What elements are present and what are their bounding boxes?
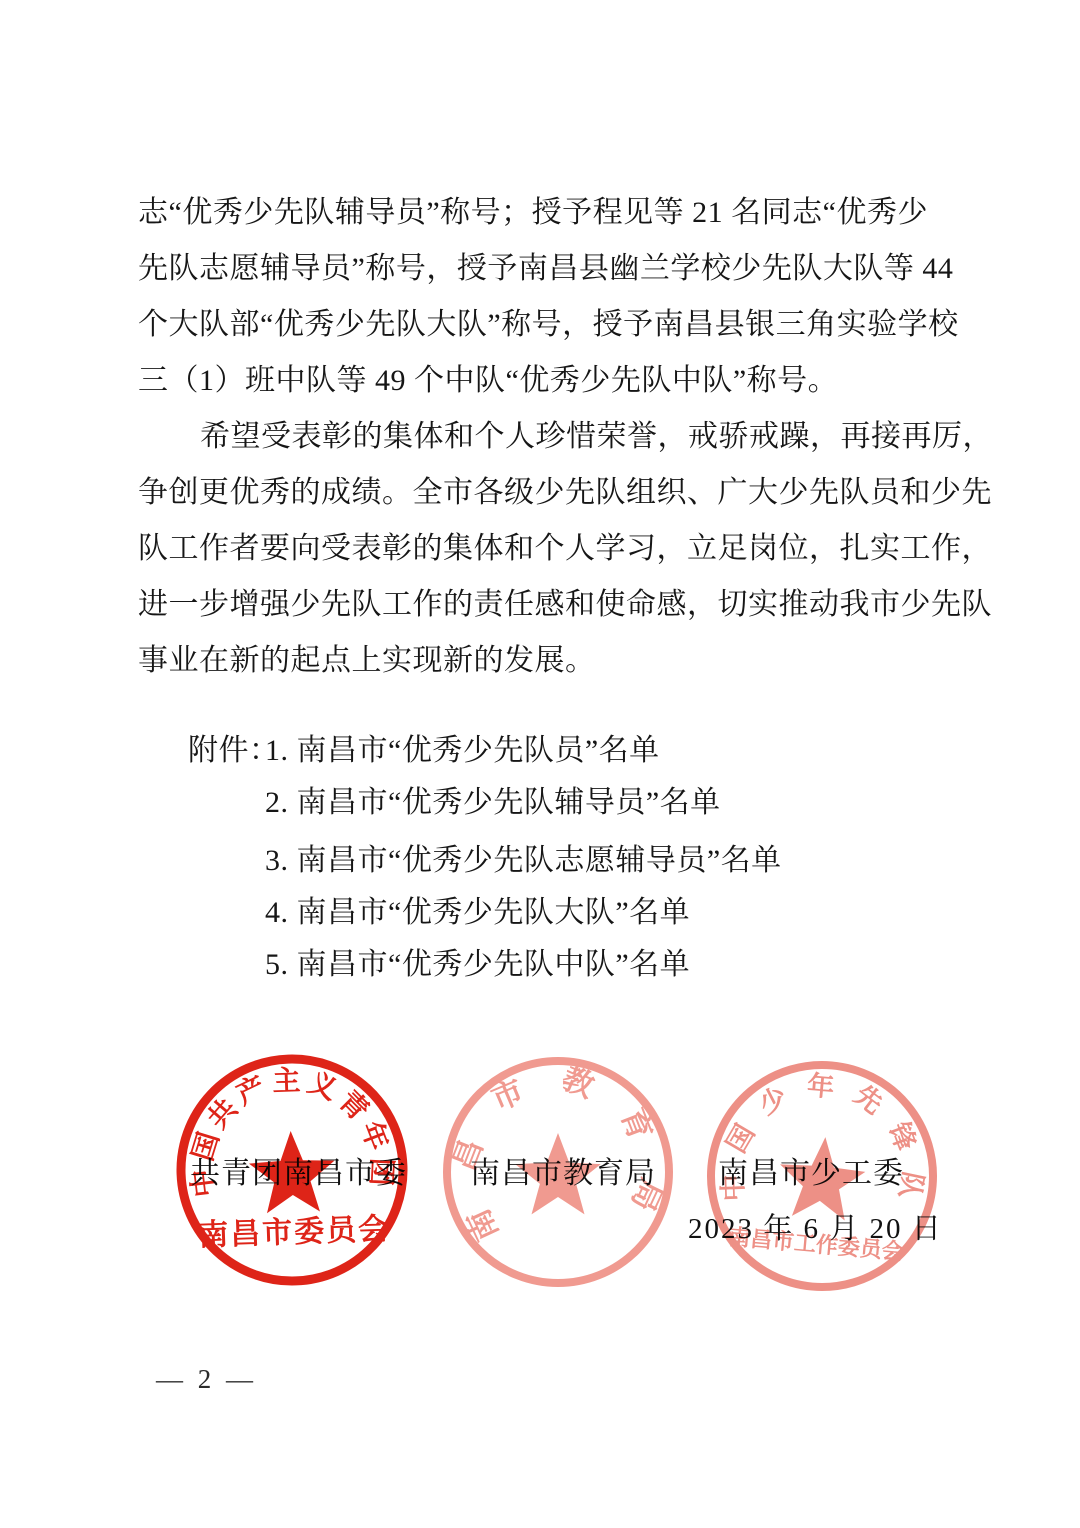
signature-org-young-pioneers: 南昌市少工委	[718, 1148, 904, 1192]
body-line: 先队志愿辅导员”称号，授予南昌县幽兰学校少先队大队等 44	[138, 241, 954, 297]
body-line: 进一步增强少先队工作的责任感和使命感，切实推动我市少先队	[138, 577, 954, 633]
signature-org-education-bureau: 南昌市教育局	[470, 1148, 656, 1192]
attachment-item: 2. 南昌市“优秀少先队辅导员”名单	[265, 777, 782, 829]
attachment-list: 附件： 1. 南昌市“优秀少先队员”名单 2. 南昌市“优秀少先队辅导员”名单 …	[188, 725, 782, 991]
attachment-item: 4. 南昌市“优秀少先队大队”名单	[265, 887, 782, 939]
body-line: 个大队部“优秀少先队大队”称号，授予南昌县银三角实验学校	[138, 297, 954, 353]
body-line: 志“优秀少先队辅导员”称号；授予程见等 21 名同志“优秀少	[138, 185, 954, 241]
stamp-bottom-text: 南昌市委员会	[198, 1213, 391, 1253]
body-line: 希望受表彰的集体和个人珍惜荣誉，戒骄戒躁，再接再厉，	[138, 409, 954, 465]
signature-date: 2023 年 6 月 20 日	[688, 1206, 943, 1247]
signature-org-youth-league: 共青团南昌市委	[190, 1148, 407, 1192]
page-number: — 2 —	[156, 1364, 257, 1395]
attachment-row: 附件： 1. 南昌市“优秀少先队员”名单	[188, 725, 782, 777]
body-line: 三（1）班中队等 49 个中队“优秀少先队中队”称号。	[138, 353, 954, 409]
body-line: 队工作者要向受表彰的集体和个人学习，立足岗位，扎实工作，	[138, 521, 954, 577]
stamp-arc-text: 中国少年先锋队	[713, 1062, 936, 1220]
body-line: 事业在新的起点上实现新的发展。	[138, 633, 954, 689]
document-page: 志“优秀少先队辅导员”称号；授予程见等 21 名同志“优秀少 先队志愿辅导员”称…	[0, 0, 1080, 1528]
body-paragraphs: 志“优秀少先队辅导员”称号；授予程见等 21 名同志“优秀少 先队志愿辅导员”称…	[138, 185, 954, 689]
attachment-item: 5. 南昌市“优秀少先队中队”名单	[265, 939, 782, 991]
attachment-label: 附件：	[188, 725, 265, 777]
body-line: 争创更优秀的成绩。全市各级少先队组织、广大少先队员和少先	[138, 465, 954, 521]
attachment-item: 3. 南昌市“优秀少先队志愿辅导员”名单	[265, 835, 782, 887]
attachment-item: 1. 南昌市“优秀少先队员”名单	[265, 725, 660, 777]
